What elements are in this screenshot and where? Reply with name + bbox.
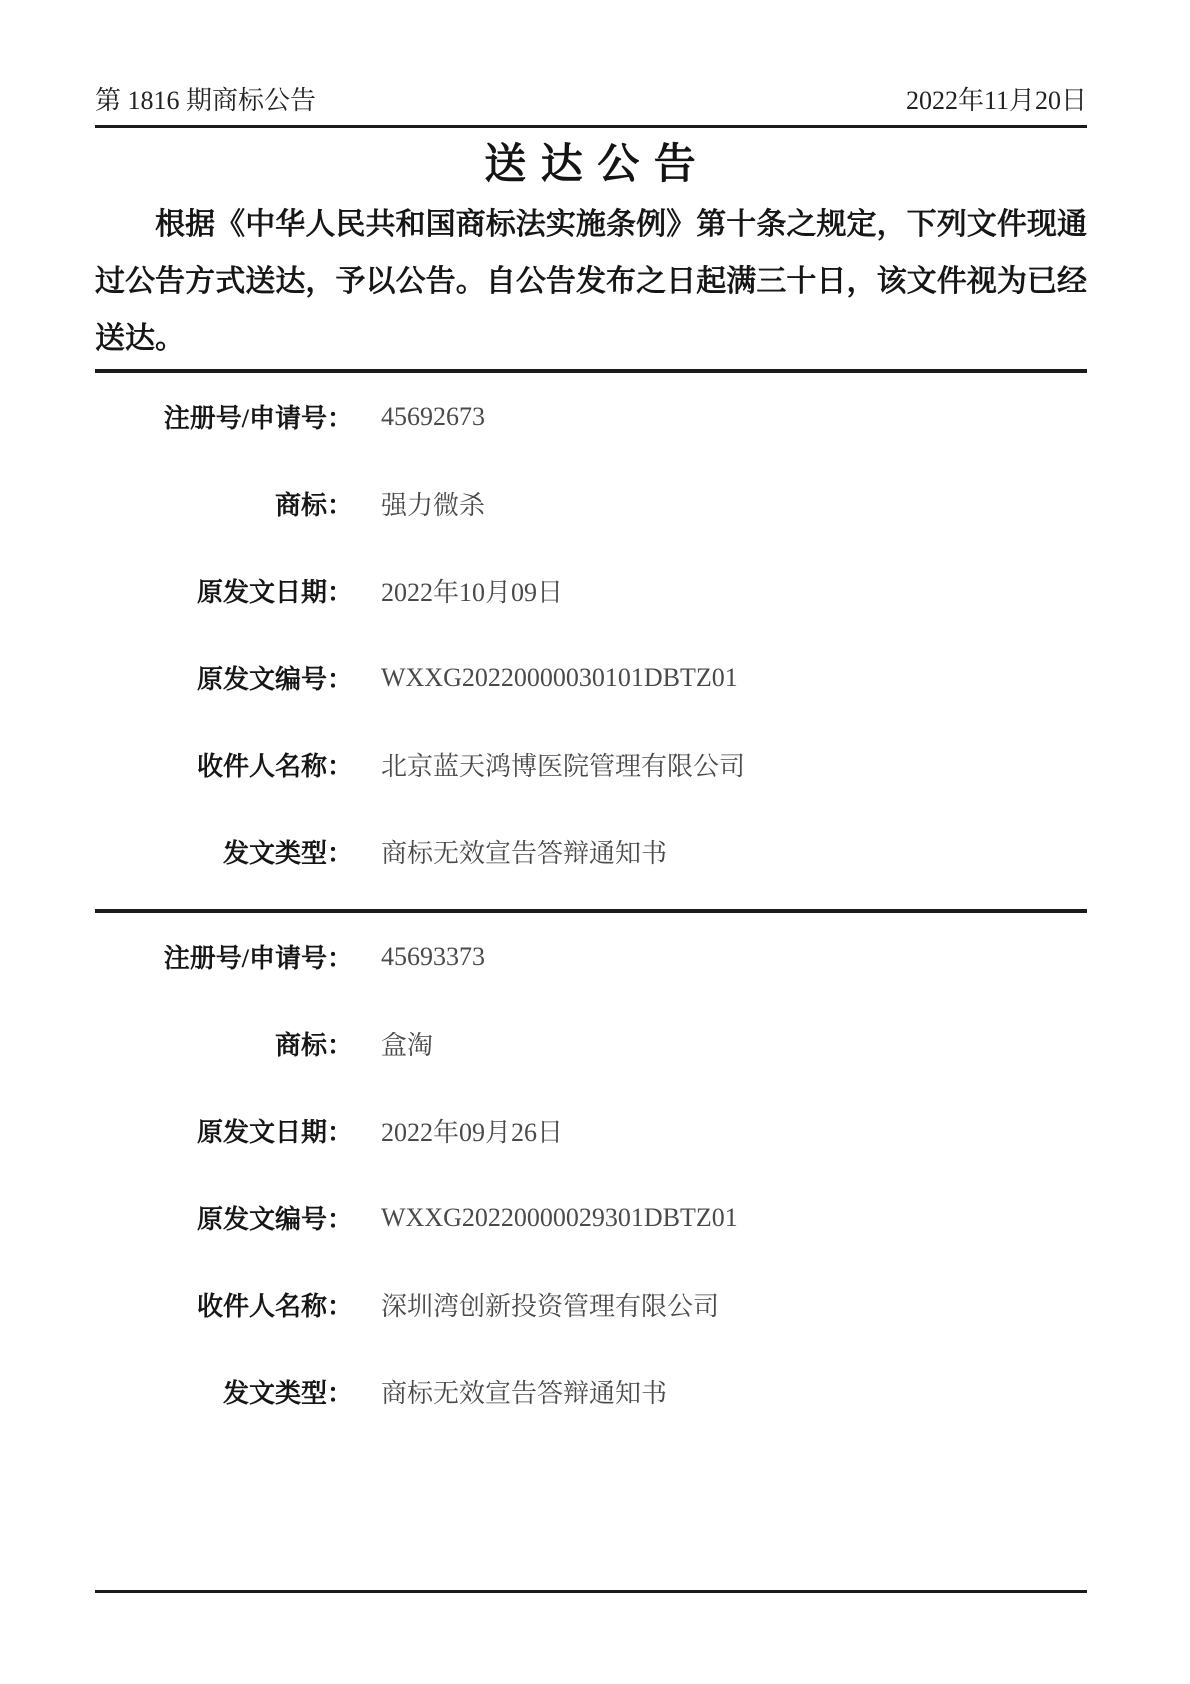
field-row: 发文类型： 商标无效宣告答辩通知书	[95, 808, 1087, 895]
field-value: 盒淘	[381, 1025, 433, 1062]
field-label: 注册号/申请号：	[95, 398, 353, 435]
field-value: 强力微杀	[381, 485, 485, 522]
notice-intro: 根据《中华人民共和国商标法实施条例》第十条之规定，下列文件现通过公告方式送达，予…	[95, 196, 1087, 367]
page-content: 第 1816 期商标公告 2022年11月20日 送 达 公 告 根据《中华人民…	[95, 0, 1087, 1593]
field-value: WXXG20220000029301DBTZ01	[381, 1203, 738, 1233]
field-value: 商标无效宣告答辩通知书	[381, 1373, 667, 1410]
field-row: 原发文编号： WXXG20220000029301DBTZ01	[95, 1174, 1087, 1261]
field-value: 2022年09月26日	[381, 1112, 563, 1149]
field-value: 商标无效宣告答辩通知书	[381, 833, 667, 870]
field-label: 商标：	[95, 485, 353, 522]
field-row: 收件人名称： 北京蓝天鸿博医院管理有限公司	[95, 721, 1087, 808]
field-label: 收件人名称：	[95, 1286, 353, 1323]
field-label: 发文类型：	[95, 1373, 353, 1410]
record-1: 注册号/申请号： 45692673 商标： 强力微杀 原发文日期： 2022年1…	[95, 369, 1087, 895]
field-row: 收件人名称： 深圳湾创新投资管理有限公司	[95, 1261, 1087, 1348]
field-row: 商标： 盒淘	[95, 1000, 1087, 1087]
field-label: 收件人名称：	[95, 746, 353, 783]
field-value: 45692673	[381, 402, 485, 432]
field-label: 发文类型：	[95, 833, 353, 870]
gazette-header: 第 1816 期商标公告 2022年11月20日	[95, 0, 1087, 128]
field-label: 注册号/申请号：	[95, 938, 353, 975]
field-row: 原发文日期： 2022年10月09日	[95, 547, 1087, 634]
field-label: 原发文编号：	[95, 1199, 353, 1236]
field-value: 深圳湾创新投资管理有限公司	[381, 1286, 719, 1323]
issue-date: 2022年11月20日	[906, 86, 1087, 116]
record-2: 注册号/申请号： 45693373 商标： 盒淘 原发文日期： 2022年09月…	[95, 909, 1087, 1435]
field-row: 原发文编号： WXXG20220000030101DBTZ01	[95, 634, 1087, 721]
field-label: 原发文编号：	[95, 659, 353, 696]
gazette-page: 第 1816 期商标公告 2022年11月20日 送 达 公 告 根据《中华人民…	[0, 0, 1190, 1684]
issue-number: 第 1816 期商标公告	[95, 86, 316, 116]
field-label: 商标：	[95, 1025, 353, 1062]
field-label: 原发文日期：	[95, 572, 353, 609]
field-value: WXXG20220000030101DBTZ01	[381, 663, 738, 693]
field-row: 注册号/申请号： 45692673	[95, 373, 1087, 460]
field-row: 发文类型： 商标无效宣告答辩通知书	[95, 1348, 1087, 1435]
field-row: 商标： 强力微杀	[95, 460, 1087, 547]
field-label: 原发文日期：	[95, 1112, 353, 1149]
field-value: 2022年10月09日	[381, 572, 563, 609]
field-row: 注册号/申请号： 45693373	[95, 913, 1087, 1000]
bottom-rule	[95, 1590, 1087, 1593]
notice-title: 送 达 公 告	[95, 140, 1087, 190]
field-value: 45693373	[381, 942, 485, 972]
field-row: 原发文日期： 2022年09月26日	[95, 1087, 1087, 1174]
field-value: 北京蓝天鸿博医院管理有限公司	[381, 746, 745, 783]
